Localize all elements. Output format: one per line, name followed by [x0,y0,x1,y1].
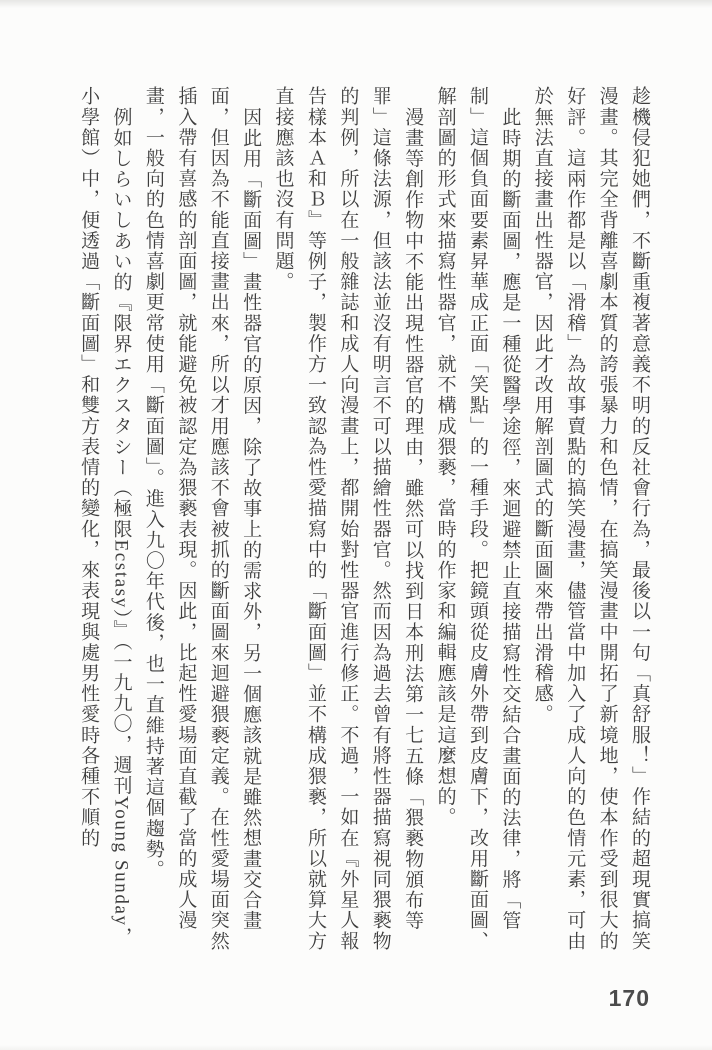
scan-edge-bottom [0,1045,712,1050]
paragraph: 漫畫等創作物中不能出現性器官的理由，雖然可以找到日本刑法第一七五條「猥褻物頒布等… [266,86,428,953]
page-number: 170 [609,985,650,1012]
vertical-text-block: 趁機侵犯她們，不斷重複著意義不明的反社會行為，最後以一句「真舒服！」作結的超現實… [72,86,655,953]
paragraph: 此時期的斷面圖，應是一種從醫學途徑，來迴避禁止直接描寫性交結合畫面的法律，將「管… [428,86,525,953]
paragraph: 例如しらいしあい的『限界エクスタシー（極限Ecstasy）』（一九九〇，週刊Yo… [72,86,137,953]
paragraph: 因此用「斷面圖」畫性器官的原因，除了故事上的需求外，另一個應該就是雖然想畫交合畫… [137,86,267,953]
paragraph-continued: 趁機侵犯她們，不斷重複著意義不明的反社會行為，最後以一句「真舒服！」作結的超現實… [525,86,655,953]
scan-edge-top [0,0,712,8]
book-page: 趁機侵犯她們，不斷重複著意義不明的反社會行為，最後以一句「真舒服！」作結的超現實… [0,0,712,1050]
